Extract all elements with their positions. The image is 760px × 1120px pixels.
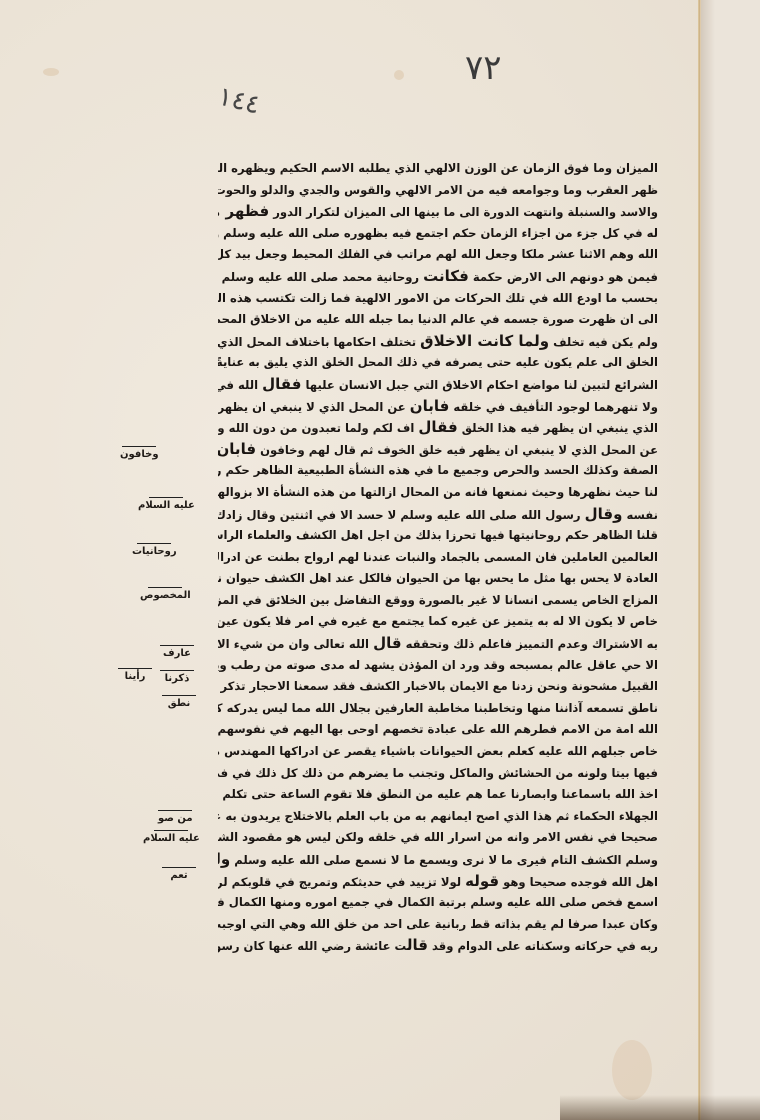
correction-mark — [160, 670, 194, 671]
text-line: خاص جبلهم الله عليه كعلم بعض الحيوانات ب… — [218, 741, 658, 763]
book-edge-shadow — [560, 1095, 760, 1120]
margin-note-text: وخافون — [120, 449, 159, 460]
rubric-word: قال — [407, 936, 428, 954]
paper-stain — [612, 1040, 652, 1100]
text-line: فيها بيتا ولونه من الحشائش والماكل وتجنب… — [218, 763, 658, 785]
text-line: بحسب ما اودع الله في تلك الحركات من الام… — [218, 288, 658, 310]
correction-mark — [148, 587, 182, 588]
margin-note-text: عليه السلام — [138, 500, 195, 511]
text-line: ناطق تسمعه آذاننا منها وتخاطبنا مخاطبة ا… — [218, 698, 658, 720]
text-line: الصفة وكذلك الحسد والحرص وجميع ما في هذه… — [218, 460, 658, 482]
paper-stain — [43, 68, 59, 76]
margin-note: ذكرنا — [160, 670, 194, 684]
text-line: نفسه وقال رسول الله صلى الله عليه وسلم ل… — [218, 504, 658, 526]
text-line: العالمين العاملين فان المسمى بالجماد وال… — [218, 547, 658, 569]
text-line: به الاشتراك وعدم التمييز فاعلم ذلك وتحقق… — [218, 633, 658, 655]
correction-mark — [160, 645, 194, 646]
margin-note: رأينا — [118, 668, 152, 682]
main-text-block: الميزان وما فوق الزمان عن الوزن الالهي ا… — [218, 158, 658, 957]
text-line: لنا حيث نظهرها وحيث نمنعها فانه من المحا… — [218, 482, 658, 504]
text-line: فيمن هو دونهم الى الارض حكمة فكانت روحان… — [218, 266, 658, 288]
text-line: الشرائع لتبين لنا مواضع احكام الاخلاق ال… — [218, 374, 658, 396]
text-line: وكان عبدا صرفا لم يقم بذاته قط ربانية عل… — [218, 914, 658, 936]
folio-number: ٧٢ — [465, 48, 502, 88]
secondary-folio-number: ١٤٤ — [215, 81, 263, 120]
margin-note: نطق — [162, 695, 196, 709]
text-line: الذي ينبغي ان يظهر فيه هذا الخلق فقال اف… — [218, 417, 658, 439]
text-line: اخذ الله باسماعنا وابصارنا عما هم عليه م… — [218, 784, 658, 806]
rubric-word: ولما كانت الاخلاق — [420, 332, 549, 350]
text-line: قلنا الظاهر حكم روحانيتها فيها تحرزا بذل… — [218, 525, 658, 547]
text-line: وسلم الكشف التام فيرى ما لا نرى ويسمع ما… — [218, 849, 658, 871]
margin-note-text: نطق — [168, 698, 191, 709]
margin-note-text: المخصوص — [140, 590, 191, 601]
correction-mark — [149, 497, 183, 498]
text-line: الميزان وما فوق الزمان عن الوزن الالهي ا… — [218, 158, 658, 180]
text-line: اهل الله فوجده صحيحا وهو قوله لولا تزييد… — [218, 871, 658, 893]
margin-note: المخصوص — [140, 587, 191, 601]
margin-note-text: من صو — [158, 813, 193, 824]
margin-note-text: روحانيات — [132, 546, 177, 557]
correction-mark — [122, 446, 156, 447]
paper-stain — [394, 70, 404, 80]
rubric-word: فقال — [262, 375, 301, 393]
text-line: العادة لا يحس بها مثل ما يحس بها من الحي… — [218, 568, 658, 590]
margin-note: تعم — [162, 867, 196, 881]
rubric-word: قوله — [465, 872, 499, 890]
text-line: له في كل جزء من اجزاء الزمان حكم اجتمع ف… — [218, 223, 658, 245]
text-line: الى ان ظهرت صورة جسمه في عالم الدنيا بما… — [218, 309, 658, 331]
text-line: المزاج الخاص يسمى انسانا لا غير بالصورة … — [218, 590, 658, 612]
text-line: والاسد والسنبلة وانتهت الدورة الى ما بين… — [218, 201, 658, 223]
text-line: القبيل مشحونة ونحن زدنا مع الايمان بالاخ… — [218, 676, 658, 698]
rubric-word: فظهر محمد — [218, 202, 269, 220]
text-line: الله امة من الامم فطرهم الله على عبادة ت… — [218, 719, 658, 741]
correction-mark — [158, 810, 192, 811]
margin-note-text: ذكرنا — [165, 673, 190, 684]
correction-mark — [162, 695, 196, 696]
margin-note-text: رأينا — [125, 671, 146, 682]
text-line: صحيحا في نفس الامر وانه من اسرار الله في… — [218, 827, 658, 849]
text-line: خاص لا يكون الا له به يتميز عن غيره كما … — [218, 611, 658, 633]
text-line: اسمع فخص صلى الله عليه وسلم برتبة الكمال… — [218, 892, 658, 914]
margin-note: وخافون — [120, 446, 159, 460]
margin-note: عليه السلام — [138, 497, 195, 511]
margin-note-text: عليه السلام — [143, 833, 200, 844]
margin-note: عارف — [160, 645, 194, 659]
correction-mark — [137, 543, 171, 544]
correction-mark — [118, 668, 152, 669]
text-line: عن المحل الذي لا ينبغي ان يظهر فيه خلق ا… — [218, 439, 658, 461]
text-line: ولا تنهرهما لوجود التأفيف في خلقه فابان … — [218, 396, 658, 418]
correction-mark — [162, 867, 196, 868]
rubric-word: وقال — [585, 505, 623, 523]
margin-note-text: تعم — [170, 870, 187, 881]
text-line: الا حي عاقل عالم بمسبحه وقد ورد ان المؤذ… — [218, 655, 658, 677]
text-line: الخلق الى علم يكون عليه حتى يصرفه في ذلك… — [218, 352, 658, 374]
margin-note-text: عارف — [163, 648, 191, 659]
text-line: الجهلاء الحكماء ثم هذا الذي اصح ايمانهم … — [218, 806, 658, 828]
fold-shadow — [701, 0, 715, 1120]
correction-mark — [154, 830, 188, 831]
rubric-word: قال — [373, 634, 401, 652]
text-line: الله وهم الاثنا عشر ملكا وجعل الله لهم م… — [218, 244, 658, 266]
rubric-word: فابان — [218, 440, 256, 458]
text-line: ولم يكن فيه تخلف ولما كانت الاخلاق تختلف… — [218, 331, 658, 353]
rubric-word: فكانت — [423, 267, 469, 285]
rubric-word: فقال — [418, 418, 457, 436]
rubric-word: فابان — [410, 397, 450, 415]
manuscript-page: ٧٢ ١٤٤ الميزان وما فوق الزمان عن الوزن ا… — [0, 0, 760, 1120]
margin-note: روحانيات — [132, 543, 177, 557]
text-line: ظهر العقرب وما وجوامعه فيه من الامر الال… — [218, 180, 658, 202]
margin-note: من صو — [158, 810, 193, 824]
margin-note: عليه السلام — [143, 830, 200, 844]
rubric-word: ولقد نبه — [218, 850, 230, 868]
text-line: ربه في حركاته وسكناته على الدوام وقد قال… — [218, 935, 658, 957]
